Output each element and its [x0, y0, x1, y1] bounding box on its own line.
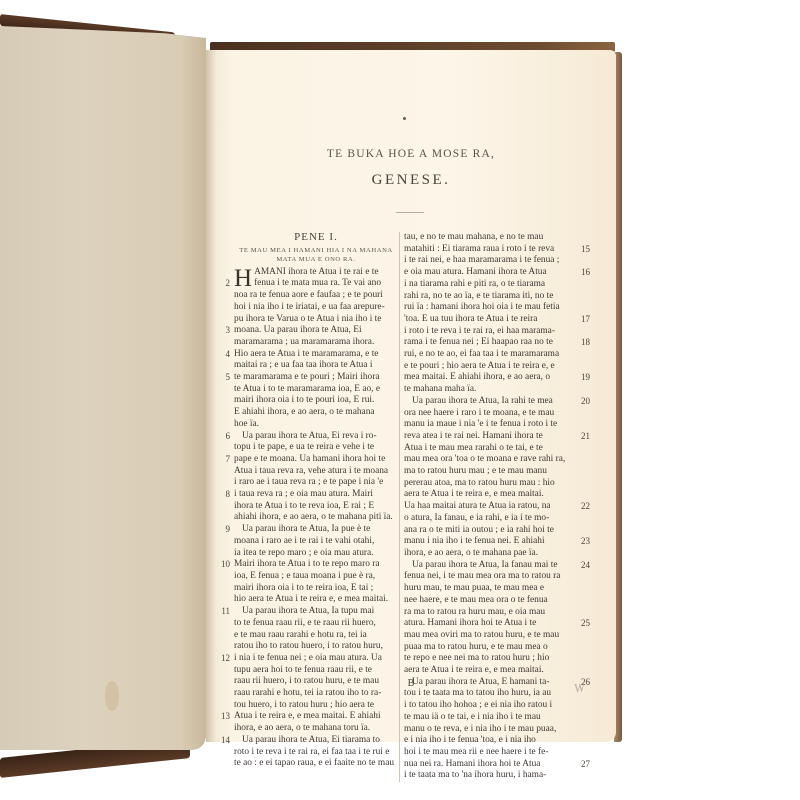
text-line: huru mau, te mau puaa, te mau mea e: [404, 583, 574, 595]
line-text: matahiti : Ei tiarama raua i roto i te r…: [404, 244, 554, 254]
text-line: ihora, e ao aera, o te mahana pae ïa.: [404, 548, 574, 560]
line-text: noa ra te fenua aore e faufaa ; e te pou…: [234, 290, 383, 300]
line-text: Ua parau ihora te Atua, Ia fanau mai te: [412, 560, 558, 570]
verse-number: 2: [216, 278, 230, 290]
text-line: 17'toa. E ua tuu ihora te Atua i te reir…: [404, 314, 574, 326]
text-line: te mau iä o te tai, e i nia iho i te mau: [404, 712, 574, 724]
line-text: hoi i nia iho i te iriatai, e ua faa are…: [234, 302, 385, 312]
text-line: tou huero, i to ratou huru ; hio aera te: [234, 700, 398, 712]
line-text: i te taata ma to 'na ihora huru, i hama-: [404, 770, 546, 780]
text-line: te repo e nee nei ma to ratou huru ; hio: [404, 653, 574, 665]
line-text: moana i raro ae i te rai i te vahi otahi…: [234, 536, 374, 546]
text-line: 24Ua parau ihora te Atua, Ia fanau mai t…: [404, 560, 574, 572]
line-text: aera te Atua i te reira e, e mea maitai.: [404, 665, 544, 675]
text-line: ihora, e ao aera, o te mahana toru ïa.: [234, 723, 398, 735]
text-line: ra ma to ratou ra huru mau, e oia mau: [404, 607, 574, 619]
line-text: to te fenua raau rii, e te raau rii huer…: [234, 618, 376, 628]
verse-number: 22: [581, 501, 590, 513]
verse-number: 20: [581, 396, 590, 408]
text-line: pu ihora te Varua o te Atua i nia iho i …: [234, 314, 398, 326]
text-line: ahiahi ihora, e ao aera, o te mahana pit…: [234, 512, 398, 524]
text-line: AMANI ihora te Atua i te rai e te: [234, 267, 398, 279]
line-text: Ua parau ihora te Atua, Ei reva i ro-: [242, 431, 377, 441]
verse-number: 16: [581, 267, 590, 279]
line-text: rui, e no te ao, ei faa taa i te maramar…: [404, 349, 559, 359]
title-divider-rule: [396, 212, 424, 213]
line-text: ratou iho to ratou huero, i to ratou hur…: [234, 641, 383, 651]
line-text: ahiahi ihora, e ao aera, o te mahana pit…: [234, 512, 393, 522]
line-text: rui ïa : hamani ihora hoi oia i te mau f…: [404, 302, 560, 312]
text-line: Atua i taua reva ra, vehe atura i te moa…: [234, 466, 398, 478]
verse-number: 14: [216, 735, 230, 747]
line-text: ra ma to ratou ra huru mau, e oia mau: [404, 607, 545, 617]
summary-line: TE MAU MEA I HAMANI HIA I NA MAHANA: [234, 246, 398, 255]
text-line: 8i taua reva ra ; e oia mau atura. Mairi: [234, 489, 398, 501]
line-text: mau mea ora 'toa o te moana e rave rahi …: [404, 454, 565, 464]
line-text: ana ra o te miti ia outou ; e ia rahi ho…: [404, 525, 554, 535]
line-text: Hio aera te Atua i te maramarama, e te: [234, 349, 378, 359]
line-text: ihora te Atua i to te reva ioa, E rai ; …: [234, 501, 374, 511]
line-text: ma to ratou huru mau ; e te mau manu: [404, 466, 547, 476]
line-text: e te mau raau rarahi e hotu ra, tei ia: [234, 630, 367, 640]
line-text: o atura, Ia fanau, e ia rahi, e ia i te …: [404, 513, 549, 523]
text-line: 23manu i nia iho i te fenua nei. E ahiah…: [404, 536, 574, 548]
text-line: manu ia maue i nia 'e i te fenua i roto …: [404, 419, 574, 431]
line-text: mairi ihora oia i to te pouri ioa, E rui…: [234, 395, 374, 405]
left-blank-page: [0, 26, 206, 750]
verse-number: 7: [216, 454, 230, 466]
line-text: manu ia maue i nia 'e i te fenua i roto …: [404, 419, 557, 429]
text-line: ma to ratou huru mau ; e te mau manu: [404, 466, 574, 478]
verse-number: 17: [581, 314, 590, 326]
line-text: ihora, e ao aera, o te mahana pae ïa.: [404, 548, 538, 558]
right-column-lines: tau, e no te mau mahana, e no te mau15ma…: [404, 232, 574, 782]
text-line: i na tiarama rahi e piti ra, o te tiaram…: [404, 279, 574, 291]
signature-mark: B: [206, 678, 616, 689]
text-line: e i nia iho i te fenua 'toa, e i nia iho: [404, 735, 574, 747]
text-line: Atua i te mau mea rarahi o te tai, e te: [404, 443, 574, 455]
line-text: te ao : e ei tapao raua, e ei faaite no …: [234, 758, 394, 768]
text-line: mau mea ora 'toa o te moana e rave rahi …: [404, 454, 574, 466]
line-text: manu o te reva, e i nia iho i te mau pua…: [404, 724, 556, 734]
text-line: fenua nei, i te mau mea ora ma to ratou …: [404, 571, 574, 583]
verse-number: 24: [581, 560, 590, 572]
line-text: Ua parau ihora te Atua, Ia tupu mai: [242, 606, 374, 616]
line-text: Ua haa maitai atura te Atua ia ratou, na: [404, 501, 551, 511]
text-line: mairi ihora oia i to te pouri ioa, E rui…: [234, 395, 398, 407]
line-text: manu i nia iho i te fenua nei. E ahiahi: [404, 536, 545, 546]
line-text: ia itea te repo maro ; e oia mau atura.: [234, 548, 374, 558]
text-line: 22Ua haa maitai atura te Atua ia ratou, …: [404, 501, 574, 513]
line-text: i roto i te reva i te rai ra, ei haa mar…: [404, 326, 555, 336]
line-text: te mahana maha ïa.: [404, 384, 476, 394]
line-text: tupu aera hoi to te fenua raau rii, e te: [234, 665, 372, 675]
verse-number: 27: [581, 759, 590, 771]
text-line: 16e oia mau atura. Hamani ihora te Atua: [404, 267, 574, 279]
verse-number: 25: [581, 618, 590, 630]
line-text: fenua i te mata mua ra. Te vai ano: [254, 278, 381, 288]
text-line: maramarama ; ua maramarama ihora.: [234, 337, 398, 349]
verse-number: 11: [216, 606, 230, 618]
text-line: ratou iho to ratou huero, i to ratou hur…: [234, 641, 398, 653]
line-text: Ua parau ihora te Atua, Ei tiarama to: [242, 735, 380, 745]
line-text: reva atea i te rai nei. Hamani ihora te: [404, 431, 543, 441]
line-text: pererau atoa, ma to ratou huru mau : hio: [404, 478, 555, 488]
right-printed-page: TE BUKA HOE A MOSE RA, GENESE. PENE I. T…: [206, 50, 616, 742]
line-text: mau mea oviri ma to ratou huru, e te mau: [404, 630, 559, 640]
text-line: 19mea maitai. E ahiahi ihora, e ao aera,…: [404, 372, 574, 384]
line-text: rama i te fenua nei ; Ei haapao raa no t…: [404, 337, 553, 347]
left-text-column: PENE I. TE MAU MEA I HAMANI HIA I NA MAH…: [234, 232, 398, 770]
text-line: hio aera te Atua i te reira e, e mea mai…: [234, 594, 398, 606]
line-text: Atua i te reira e, e mea maitai. E ahiah…: [234, 711, 381, 721]
line-text: topu i te pape, e ua te reira e vehe i t…: [234, 442, 374, 452]
text-line: i te rai nei, e haa maramarama i te fenu…: [404, 255, 574, 267]
line-text: ioa, E fenua ; e taua moana i pue è ra,: [234, 571, 375, 581]
verse-number: 3: [216, 325, 230, 337]
line-text: maitai ra ; e ua faa taa ihora te Atua i: [234, 360, 372, 370]
ornament-dot: [403, 117, 406, 120]
text-line: rui, e no te ao, ei faa taa i te maramar…: [404, 349, 574, 361]
text-line: tou i te taata ma to tatou iho huru, ia …: [404, 688, 574, 700]
line-text: maramarama ; ua maramarama ihora.: [234, 337, 374, 347]
text-line: e te mau raau rarahi e hotu ra, tei ia: [234, 630, 398, 642]
text-line: hoe ïa.: [234, 419, 398, 431]
text-line: pererau atoa, ma to ratou huru mau : hio: [404, 478, 574, 490]
text-line: nee haere, e te mau mea ora o te fenua: [404, 595, 574, 607]
line-text: mairi ihora oia i to te reira ioa, E tai…: [234, 583, 373, 593]
line-text: puaa ma to ratou huru, e te mau mea o: [404, 642, 548, 652]
line-text: i to tatou iho hohoa ; e ei nia iho rato…: [404, 700, 552, 710]
line-text: te repo e nee nei ma to ratou huru ; hio: [404, 653, 549, 663]
text-line: puaa ma to ratou huru, e te mau mea o: [404, 642, 574, 654]
verse-number: 9: [216, 524, 230, 536]
line-text: fenua nei, i te mau mea ora ma to ratou …: [404, 571, 560, 581]
line-text: Ua parau ihora te Atua, Ia rahi te mea: [412, 396, 553, 406]
verse-number: 8: [216, 489, 230, 501]
line-text: tau, e no te mau mahana, e no te mau: [404, 232, 543, 242]
line-text: roto i te reva i te rai ra, ei faa taa i…: [234, 747, 389, 757]
text-line: rahi ra, no te ao ïa, e te tiarama iti, …: [404, 291, 574, 303]
line-text: nee haere, e te mau mea ora o te fenua: [404, 595, 548, 605]
line-text: te maramarama e te pouri ; Mairi ihora: [234, 372, 380, 382]
line-text: mea maitai. E ahiahi ihora, e ao aera, o: [404, 372, 550, 382]
line-text: hoe ïa.: [234, 419, 259, 429]
text-line: E ahiahi ihora, e ao aera, o te mahana: [234, 407, 398, 419]
line-text: Mairi ihora te Atua i to te repo maro ra: [234, 559, 380, 569]
line-text: e te pouri ; hio aera te Atua i te reira…: [404, 361, 555, 371]
text-line: i te taata ma to 'na ihora huru, i hama-: [404, 770, 574, 782]
text-line: 4Hio aera te Atua i te maramarama, e te: [234, 349, 398, 361]
text-line: te mahana maha ïa.: [404, 384, 574, 396]
text-line: ioa, E fenua ; e taua moana i pue è ra,: [234, 571, 398, 583]
text-line: hoi i nia iho i te iriatai, e ua faa are…: [234, 302, 398, 314]
verse-number: 10: [216, 559, 230, 571]
text-line: 25atura. Hamani ihora hoi te Atua i te: [404, 618, 574, 630]
text-line: i roto i te reva i te rai ra, ei haa mar…: [404, 326, 574, 338]
text-line: 3moana. Ua parau ihora te Atua, Ei: [234, 325, 398, 337]
text-line: maitai ra ; e ua faa taa ihora te Atua i: [234, 360, 398, 372]
text-line: manu o te reva, e i nia iho i te mau pua…: [404, 724, 574, 736]
verse-number: 23: [581, 536, 590, 548]
verse-number: 19: [581, 372, 590, 384]
book-title: TE BUKA HOE A MOSE RA,: [206, 148, 616, 160]
line-text: nua nei ra. Hamani ihora hoi te Atua: [404, 759, 540, 769]
line-text: i raro ae i taua reva ra ; e te pape i n…: [234, 477, 383, 487]
text-line: roto i te reva i te rai ra, ei faa taa i…: [234, 747, 398, 759]
text-line: 11Ua parau ihora te Atua, Ia tupu mai: [234, 606, 398, 618]
line-text: hoi i te mau mea rii e nee haere i te fe…: [404, 747, 548, 757]
verse-number: 4: [216, 349, 230, 361]
verse-number: 15: [581, 244, 590, 256]
text-line: 7pape e te moana. Ua hamani ihora hoi te: [234, 454, 398, 466]
text-line: tupu aera hoi to te fenua raau rii, e te: [234, 665, 398, 677]
line-text: te mau iä o te tai, e i nia iho i te mau: [404, 712, 541, 722]
book-name: GENESE.: [206, 172, 616, 189]
line-text: i te rai nei, e haa maramarama i te fenu…: [404, 255, 559, 265]
chapter-heading: PENE I.: [234, 232, 398, 244]
text-line: ana ra o te miti ia outou ; e ia rahi ho…: [404, 525, 574, 537]
line-text: atura. Hamani ihora hoi te Atua i te: [404, 618, 536, 628]
line-text: te Atua i to te maramarama ioa, E ao, e: [234, 384, 380, 394]
summary-line: MATA MUA E ONO RA.: [234, 255, 398, 264]
text-line: 12i nia i te fenua nei ; e oia mau atura…: [234, 653, 398, 665]
text-line: aera te Atua i te reira e, e mea maitai.: [404, 489, 574, 501]
line-text: e i nia iho i te fenua 'toa, e i nia iho: [404, 735, 536, 745]
text-line: 21reva atea i te rai nei. Hamani ihora t…: [404, 431, 574, 443]
text-line: noa ra te fenua aore e faufaa ; e te pou…: [234, 290, 398, 302]
text-line: e te pouri ; hio aera te Atua i te reira…: [404, 361, 574, 373]
verse-number: 13: [216, 711, 230, 723]
text-line: 14Ua parau ihora te Atua, Ei tiarama to: [234, 735, 398, 747]
text-line: ora nee haere i raro i te moana, e te ma…: [404, 408, 574, 420]
line-text: i taua reva ra ; e oia mau atura. Mairi: [234, 489, 373, 499]
text-line: moana i raro ae i te rai i te vahi otahi…: [234, 536, 398, 548]
line-text: huru mau, te mau puaa, te mau mea e: [404, 583, 544, 593]
text-line: tau, e no te mau mahana, e no te mau: [404, 232, 574, 244]
line-text: AMANI ihora te Atua i te rai e te: [254, 267, 378, 277]
pencil-annotation: W: [573, 679, 586, 697]
line-text: aera te Atua i te reira e, e mea maitai.: [404, 489, 544, 499]
chapter-summary: TE MAU MEA I HAMANI HIA I NA MAHANA MATA…: [234, 246, 398, 264]
verse-number: 21: [581, 431, 590, 443]
text-line: to te fenua raau rii, e te raau rii huer…: [234, 618, 398, 630]
text-line: mairi ihora oia i to te reira ioa, E tai…: [234, 583, 398, 595]
verse-number: 18: [581, 337, 590, 349]
right-text-column: tau, e no te mau mahana, e no te mau15ma…: [399, 232, 574, 782]
line-text: tou huero, i to ratou huru ; hio aera te: [234, 700, 374, 710]
line-text: tou i te taata ma to tatou iho huru, ia …: [404, 688, 551, 698]
line-text: ora nee haere i raro i te moana, e te ma…: [404, 408, 554, 418]
line-text: 'toa. E ua tuu ihora te Atua i te reira: [404, 314, 537, 324]
line-text: i na tiarama rahi e piti ra, o te tiaram…: [404, 279, 545, 289]
line-text: hio aera te Atua i te reira e, e mea mai…: [234, 594, 388, 604]
text-line: 9Ua parau ihora te Atua, Ia pue è te: [234, 524, 398, 536]
page-stain: [105, 681, 119, 711]
text-line: 18rama i te fenua nei ; Ei haapao raa no…: [404, 337, 574, 349]
text-line: 13Atua i te reira e, e mea maitai. E ahi…: [234, 711, 398, 723]
text-line: aera te Atua i te reira e, e mea maitai.: [404, 665, 574, 677]
line-text: Atua i taua reva ra, vehe atura i te moa…: [234, 466, 388, 476]
verse-number: 6: [216, 431, 230, 443]
line-text: i nia i te fenua nei ; e oia mau atura. …: [234, 653, 382, 663]
text-line: 5te maramarama e te pouri ; Mairi ihora: [234, 372, 398, 384]
line-text: E ahiahi ihora, e ao aera, o te mahana: [234, 407, 375, 417]
text-line: ia itea te repo maro ; e oia mau atura.: [234, 548, 398, 560]
verse-number: 12: [216, 653, 230, 665]
text-line: 20Ua parau ihora te Atua, Ia rahi te mea: [404, 396, 574, 408]
line-text: Ua parau ihora te Atua, Ia pue è te: [242, 524, 370, 534]
text-line: rui ïa : hamani ihora hoi oia i te mau f…: [404, 302, 574, 314]
verse-number: 5: [216, 372, 230, 384]
line-text: pape e te moana. Ua hamani ihora hoi te: [234, 454, 385, 464]
line-text: moana. Ua parau ihora te Atua, Ei: [234, 325, 362, 335]
text-line: 10Mairi ihora te Atua i to te repo maro …: [234, 559, 398, 571]
line-text: rahi ra, no te ao ïa, e te tiarama iti, …: [404, 291, 553, 301]
text-line: te ao : e ei tapao raua, e ei faaite no …: [234, 758, 398, 770]
line-text: e oia mau atura. Hamani ihora te Atua: [404, 267, 547, 277]
text-line: te Atua i to te maramarama ioa, E ao, e: [234, 384, 398, 396]
text-line: hoi i te mau mea rii e nee haere i te fe…: [404, 747, 574, 759]
text-line: i raro ae i taua reva ra ; e te pape i n…: [234, 477, 398, 489]
line-text: Atua i te mau mea rarahi o te tai, e te: [404, 443, 543, 453]
line-text: raau rarahi e hotu, tei ia ratou iho to …: [234, 688, 381, 698]
text-line: mau mea oviri ma to ratou huru, e te mau: [404, 630, 574, 642]
text-line: o atura, Ia fanau, e ia rahi, e ia i te …: [404, 513, 574, 525]
text-line: raau rarahi e hotu, tei ia ratou iho to …: [234, 688, 398, 700]
left-column-lines: H AMANI ihora te Atua i te rai e te2fenu…: [234, 267, 398, 770]
line-text: pu ihora te Varua o te Atua i nia iho i …: [234, 314, 381, 324]
text-line: topu i te pape, e ua te reira e vehe i t…: [234, 442, 398, 454]
text-line: 27nua nei ra. Hamani ihora hoi te Atua: [404, 759, 574, 771]
photo-scene: TE BUKA HOE A MOSE RA, GENESE. PENE I. T…: [0, 0, 800, 800]
text-line: i to tatou iho hohoa ; e ei nia iho rato…: [404, 700, 574, 712]
text-line: ihora te Atua i to te reva ioa, E rai ; …: [234, 501, 398, 513]
text-line: 6Ua parau ihora te Atua, Ei reva i ro-: [234, 431, 398, 443]
text-line: 15matahiti : Ei tiarama raua i roto i te…: [404, 244, 574, 256]
text-line: 2fenua i te mata mua ra. Te vai ano: [234, 278, 398, 290]
line-text: ihora, e ao aera, o te mahana toru ïa.: [234, 723, 370, 733]
